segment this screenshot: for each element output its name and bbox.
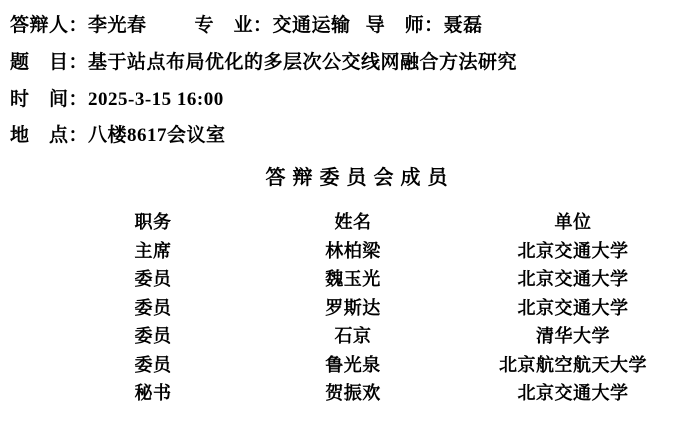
member-name: 罗斯达 — [248, 294, 458, 320]
committee-table: 职务 姓名 单位 主席 林柏梁 北京交通大学 委员 魏玉光 北京交通大学 委员 … — [58, 207, 688, 407]
member-role: 委员 — [58, 351, 248, 377]
member-name: 石京 — [248, 322, 458, 348]
member-role: 委员 — [58, 294, 248, 320]
member-role: 委员 — [58, 322, 248, 348]
location-value: 八楼8617会议室 — [88, 125, 226, 146]
defense-announcement-page: { "page": { "background_color": "#ffffff… — [0, 0, 690, 421]
column-header-affiliation: 单位 — [458, 208, 688, 234]
major-value: 交通运输 — [273, 15, 351, 36]
member-name: 魏玉光 — [248, 265, 458, 291]
topic-value: 基于站点布局优化的多层次公交线网融合方法研究 — [88, 52, 517, 73]
member-role: 秘书 — [58, 379, 248, 405]
defense-info-line-time: 时 间：2025-3-15 16:00 — [10, 88, 224, 112]
member-name: 林柏梁 — [248, 237, 458, 263]
time-label: 时 间： — [10, 89, 88, 110]
member-affiliation: 北京交通大学 — [458, 379, 688, 405]
location-label: 地 点： — [10, 125, 88, 146]
defendant-value: 李光春 — [88, 15, 147, 36]
advisor-label: 导 师： — [366, 15, 444, 36]
advisor-value: 聂磊 — [444, 15, 483, 36]
defense-info-line-1: 答辩人：李光春专 业：交通运输导 师：聂磊 — [10, 14, 483, 38]
column-header-name: 姓名 — [248, 208, 458, 234]
major-label: 专 业： — [195, 15, 273, 36]
member-affiliation: 清华大学 — [458, 322, 688, 348]
member-role: 委员 — [58, 265, 248, 291]
member-name: 鲁光泉 — [248, 351, 458, 377]
defendant-label: 答辩人： — [10, 15, 88, 36]
member-affiliation: 北京交通大学 — [458, 237, 688, 263]
defense-info-line-location: 地 点：八楼8617会议室 — [10, 124, 226, 148]
committee-heading: 答辩委员会成员 — [30, 161, 690, 190]
time-value: 2025-3-15 16:00 — [88, 89, 224, 110]
member-name: 贺振欢 — [248, 379, 458, 405]
defense-info-line-topic: 题 目：基于站点布局优化的多层次公交线网融合方法研究 — [10, 51, 517, 75]
member-affiliation: 北京交通大学 — [458, 265, 688, 291]
topic-label: 题 目： — [10, 52, 88, 73]
column-header-role: 职务 — [58, 208, 248, 234]
member-affiliation: 北京航空航天大学 — [458, 351, 688, 377]
member-affiliation: 北京交通大学 — [458, 294, 688, 320]
member-role: 主席 — [58, 237, 248, 263]
